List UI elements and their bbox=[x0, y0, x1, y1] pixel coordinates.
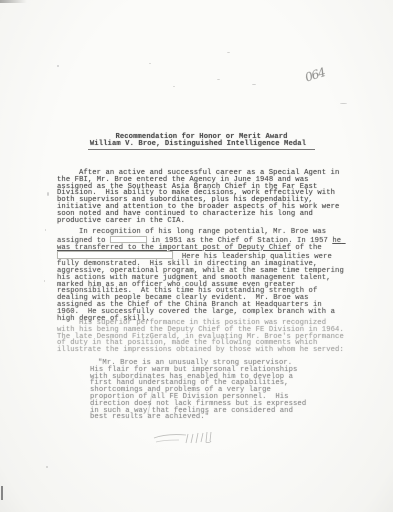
paragraph-3-faded: His superior performance in this positio… bbox=[57, 320, 346, 354]
scan-edge-tick bbox=[1, 486, 3, 500]
redaction-box-large bbox=[57, 251, 173, 259]
paragraph-2: In recognition of his long range potenti… bbox=[57, 229, 346, 322]
scan-corner-artifact bbox=[0, 0, 27, 3]
scan-speck bbox=[227, 52, 230, 53]
pencil-scribble bbox=[152, 429, 218, 449]
quoted-evaluation: "Mr. Broe is an unusually strong supervi… bbox=[90, 360, 312, 421]
scan-speck bbox=[149, 63, 151, 64]
scan-speck bbox=[173, 86, 175, 87]
scanned-document-page: 064 Recommendation for Honor or Merit Aw… bbox=[0, 0, 393, 512]
margin-mark bbox=[46, 466, 48, 468]
margin-mark bbox=[44, 280, 45, 282]
title-line-2-underlined: William V. Broe, Distinguished Intellige… bbox=[88, 141, 315, 150]
margin-mark bbox=[47, 192, 49, 196]
title-line-2: William V. Broe, Distinguished Intellige… bbox=[57, 141, 346, 150]
paragraph-2-text: of the bbox=[291, 244, 326, 252]
paragraph-2-text: Here his leadership qualities were fully… bbox=[57, 253, 348, 322]
paragraph-1: After an active and successful career as… bbox=[57, 170, 346, 224]
scan-speck bbox=[340, 103, 347, 104]
scan-speck bbox=[217, 79, 220, 80]
document-title: Recommendation for Honor or Merit Award … bbox=[57, 134, 346, 150]
margin-mark bbox=[45, 229, 46, 231]
scan-speck bbox=[252, 84, 256, 85]
handwritten-page-number: 064 bbox=[303, 65, 326, 84]
redaction-box-small bbox=[110, 236, 147, 243]
scan-speck bbox=[57, 65, 59, 67]
